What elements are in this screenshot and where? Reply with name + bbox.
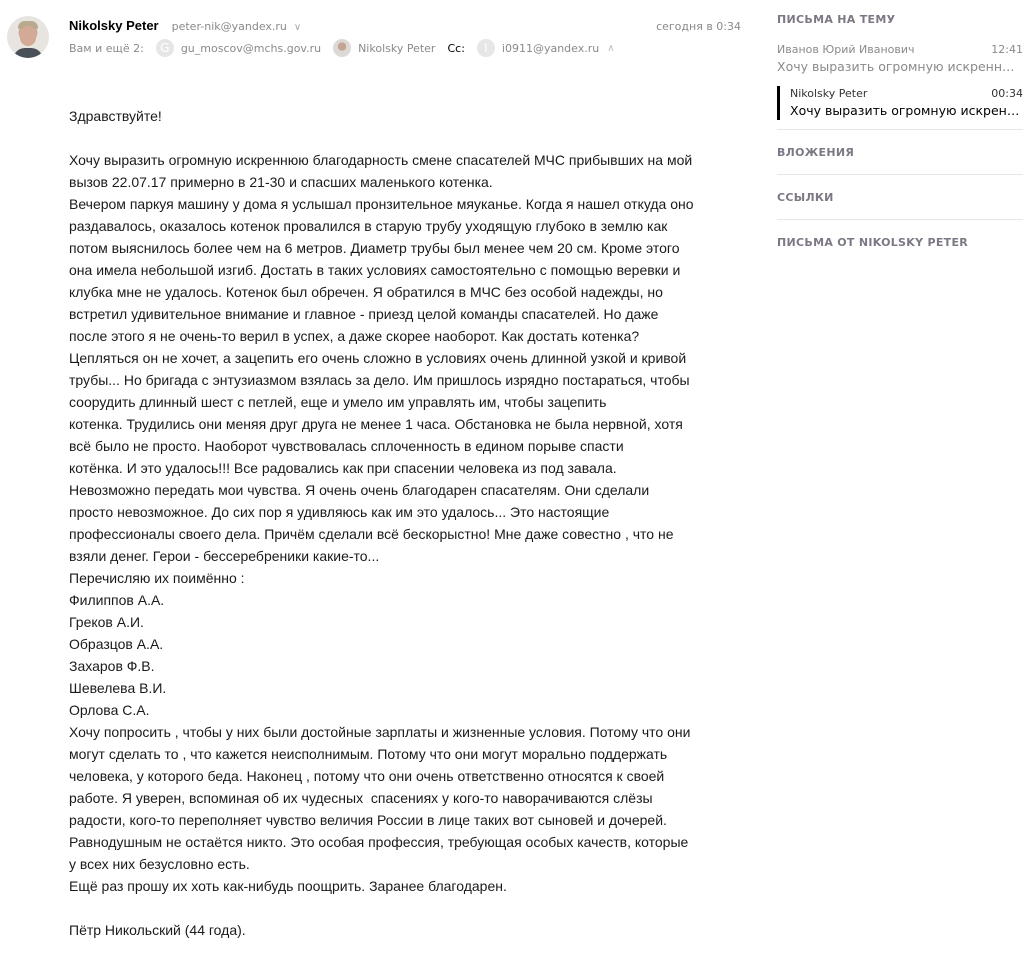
divider <box>777 129 1023 130</box>
avatar-face <box>20 26 36 46</box>
message-header: Nikolsky Peter peter-nik@yandex.ru ∨ сег… <box>69 18 741 58</box>
body-line: котенка. Трудились они меняя друг друга … <box>69 413 749 435</box>
body-line: Орлова С.А. <box>69 699 749 721</box>
recipients-row: Вам и ещё 2: G gu_moscov@mchs.gov.ru Nik… <box>69 38 741 58</box>
divider <box>777 219 1023 220</box>
attachments-section[interactable]: ВЛОЖЕНИЯ <box>777 146 854 159</box>
from-row: Nikolsky Peter peter-nik@yandex.ru ∨ сег… <box>69 18 741 38</box>
body-line: раздавалось, оказалось котенок провалилс… <box>69 215 749 237</box>
body-line: Перечисляю их поимённо : <box>69 567 749 589</box>
blank-line <box>69 127 749 149</box>
body-line: после этого я не очень-то верил в успех,… <box>69 325 749 347</box>
body-line: встретил удивительное внимание и главное… <box>69 303 749 325</box>
message-body: Здравствуйте!Хочу выразить огромную искр… <box>69 105 749 941</box>
body-line: Захаров Ф.В. <box>69 655 749 677</box>
body-line: просто невозможное. До сих пор я удивляю… <box>69 501 749 523</box>
body-line: Цепляться он не хочет, а зацепить его оч… <box>69 347 749 369</box>
body-line: потом выяснилось более чем на 6 метров. … <box>69 237 749 259</box>
sender-email[interactable]: peter-nik@yandex.ru <box>172 20 287 33</box>
message-date: сегодня в 0:34 <box>656 20 741 33</box>
thread-item-subject: Хочу выразить огромную искреннюю благода… <box>777 58 1023 76</box>
cc-address[interactable]: i0911@yandex.ru <box>502 42 599 55</box>
body-line: Греков А.И. <box>69 611 749 633</box>
thread-item[interactable]: Иванов Юрий Иванович 12:41 Хочу выразить… <box>777 42 1023 76</box>
links-section[interactable]: ССЫЛКИ <box>777 191 834 204</box>
body-line: Образцов А.А. <box>69 633 749 655</box>
body-line: Равнодушным не остаётся никто. Это особа… <box>69 831 749 853</box>
thread-item-subject: Хочу выразить огромную искреннюю благода… <box>790 102 1023 120</box>
letter-avatar-icon: I <box>477 39 495 57</box>
sender-name[interactable]: Nikolsky Peter <box>69 18 159 33</box>
body-line: котёнка. И это удалось!!! Все радовались… <box>69 457 749 479</box>
chevron-up-icon[interactable]: ∧ <box>607 43 614 54</box>
body-line: Вечером паркуя машину у дома я услышал п… <box>69 193 749 215</box>
body-line: трубы... Но бригада с энтузиазмом взялас… <box>69 369 749 391</box>
body-line: соорудить длинный шест с петлей, еще и у… <box>69 391 749 413</box>
body-line: Невозможно передать мои чувства. Я очень… <box>69 479 749 501</box>
user-photo-avatar-icon <box>333 39 351 57</box>
body-line: у всех них безусловно есть. <box>69 853 749 875</box>
body-line: человека, у которого беда. Наконец , пот… <box>69 765 749 787</box>
thread-section-title[interactable]: ПИСЬМА НА ТЕМУ <box>777 13 895 26</box>
recipients-label: Вам и ещё 2: <box>69 42 144 55</box>
thread-item-time: 00:34 <box>991 86 1023 102</box>
thread-item-from: Nikolsky Peter <box>790 86 867 102</box>
cc-label: Cc: <box>447 42 464 55</box>
avatar-shirt <box>13 48 43 58</box>
body-line: Шевелева В.И. <box>69 677 749 699</box>
thread-item-current[interactable]: Nikolsky Peter 00:34 Хочу выразить огром… <box>777 86 1023 120</box>
blank-line <box>69 897 749 919</box>
body-line: Хочу попросить , чтобы у них были достой… <box>69 721 749 743</box>
body-line: взяли денег. Герои - бессеребреники каки… <box>69 545 749 567</box>
body-line: вызов 22.07.17 примерно в 21-30 и спасши… <box>69 171 749 193</box>
thread-item-from: Иванов Юрий Иванович <box>777 42 915 58</box>
body-line: Хочу выразить огромную искреннюю благода… <box>69 149 749 171</box>
body-line: профессионалы своего дела. Причём сделал… <box>69 523 749 545</box>
body-line: радости, кого-то переполняет чувство вел… <box>69 809 749 831</box>
thread-item-time: 12:41 <box>991 42 1023 58</box>
chevron-down-icon[interactable]: ∨ <box>294 22 301 33</box>
recipient-address[interactable]: Nikolsky Peter <box>358 42 435 55</box>
body-line: Ещё раз прошу их хоть как-нибудь поощрит… <box>69 875 749 897</box>
body-line: она имела небольшой изгиб. Достать в так… <box>69 259 749 281</box>
recipient-address[interactable]: gu_moscov@mchs.gov.ru <box>181 42 321 55</box>
letter-avatar-icon: G <box>156 39 174 57</box>
sender-avatar[interactable] <box>7 16 49 58</box>
body-line: Филиппов А.А. <box>69 589 749 611</box>
body-line: всё было не просто. Наоборот чувствовала… <box>69 435 749 457</box>
body-line: клубка мне не удалось. Котенок был обреч… <box>69 281 749 303</box>
body-line: работе. Я уверен, вспоминая об их чудесн… <box>69 787 749 809</box>
letters-from-sender-section[interactable]: ПИСЬМА ОТ NIKOLSKY PETER <box>777 236 968 249</box>
body-line: могут сделать то , что кажется неисполни… <box>69 743 749 765</box>
body-line: Пётр Никольский (44 года). <box>69 919 749 941</box>
body-line: Здравствуйте! <box>69 105 749 127</box>
divider <box>777 174 1023 175</box>
